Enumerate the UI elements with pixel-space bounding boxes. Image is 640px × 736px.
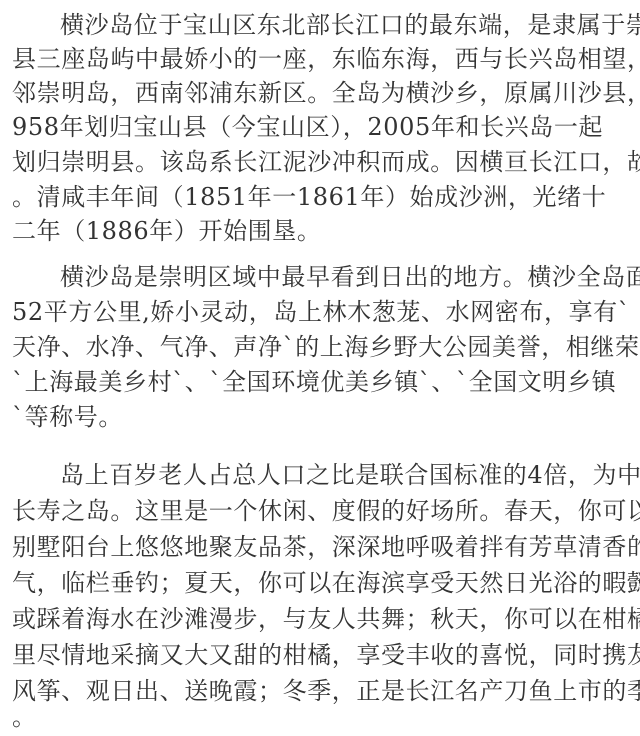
text-line: `上海最美乡村`、`全国环境优美乡镇`、`全国文明乡镇: [12, 365, 616, 399]
text-line: 气，临栏垂钓；夏天，你可以在海滨享受天然日光浴的暇懿，: [12, 566, 640, 600]
text-line: 天净、水净、气净、声净`的上海乡野大公园美誉，相继荣获: [12, 330, 640, 364]
text-line: 。清咸丰年间（1851年一1861年）始成沙洲，光绪十: [12, 180, 606, 214]
text-line: 横沙岛位于宝山区东北部长江口的最东端，是隶属于崇明: [60, 8, 640, 42]
text-line: 划归崇明县。该岛系长江泥沙冲积而成。因横亘长江口，故名: [12, 145, 640, 179]
text-line: 别墅阳台上悠悠地聚友品茶，深深地呼吸着拌有芳草清香的空: [12, 530, 640, 564]
text-line: 长寿之岛。这里是一个休闲、度假的好场所。春天，你可以在: [12, 494, 640, 528]
text-line: 风筝、观日出、送晚霞；冬季，正是长江名产刀鱼上市的季节: [12, 674, 640, 708]
text-line: 里尽情地采摘又大又甜的柑橘，享受丰收的喜悦，同时携友放: [12, 638, 640, 672]
text-line: 52平方公里,娇小灵动，岛上林木葱茏、水网密布，享有`: [12, 295, 630, 329]
text-line: 或踩着海水在沙滩漫步，与友人共舞；秋天，你可以在柑橘园: [12, 602, 640, 636]
text-line: 。: [12, 700, 37, 734]
text-line: 邻崇明岛，西南邻浦东新区。全岛为横沙乡，原属川沙县，1: [12, 76, 640, 110]
text-line: 二年（1886年）开始围垦。: [12, 214, 321, 248]
text-line: 958年划归宝山县（今宝山区），2005年和长兴岛一起: [12, 110, 603, 144]
text-line: 岛上百岁老人占总人口之比是联合国标准的4倍，为中国: [60, 458, 640, 492]
text-line: 县三座岛屿中最娇小的一座，东临东海，西与长兴岛相望，北: [12, 42, 640, 76]
text-line: `等称号。: [12, 400, 123, 434]
text-line: 横沙岛是崇明区域中最早看到日出的地方。横沙全岛面积: [60, 260, 640, 294]
